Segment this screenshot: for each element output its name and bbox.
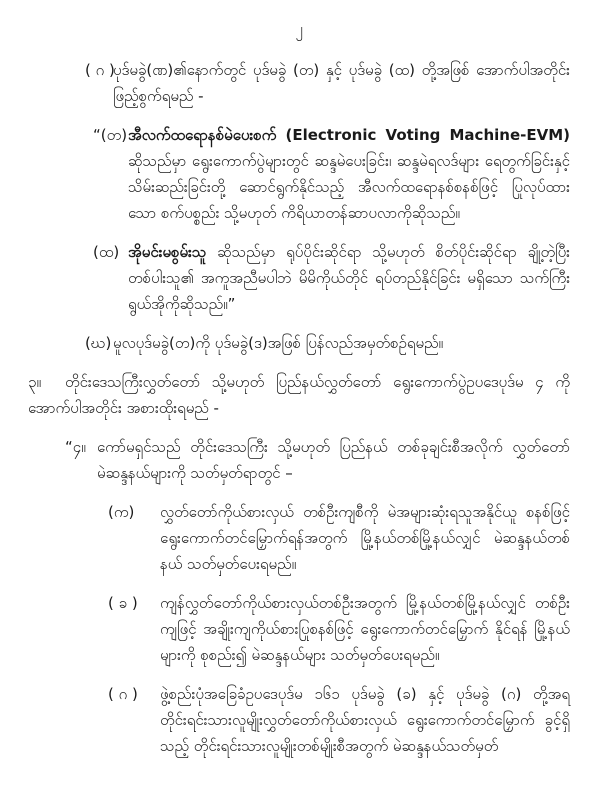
list-item-hta: (ထ) အိုမင်းမစွမ်းသူ ဆိုသည်မှာ ရုပ်ပိုင်း… — [93, 239, 570, 317]
paragraph-3-number: ၃။ — [28, 369, 65, 395]
item-label-kha: ( ခ ) — [108, 590, 160, 616]
item-label-ta: “(တ) — [93, 122, 128, 148]
quoted-paragraph-4: “၄။ ကော်မရှင်သည် တိုင်းဒေသကြီး သို့မဟုတ်… — [65, 434, 570, 486]
item-label-ga: ( ဂ ) — [85, 57, 113, 83]
item-text-ga: ပုဒ်မခွဲ(ဏ)၏နောက်တွင် ပုဒ်မခွဲ (တ) နှင့်… — [113, 57, 570, 109]
list-item-ga: ( ဂ ) ပုဒ်မခွဲ(ဏ)၏နောက်တွင် ပုဒ်မခွဲ (တ)… — [85, 57, 570, 109]
item-text-gha: မူလပုဒ်မခွဲ(တ)ကို ပုဒ်မခွဲ(ဒ)အဖြစ် ပြန်လ… — [113, 330, 570, 356]
list-item-ka: (က) လွှတ်တော်ကိုယ်စားလှယ် တစ်ဦးကျစီကို မ… — [108, 499, 570, 577]
item-text-ka: လွှတ်တော်ကိုယ်စားလှယ် တစ်ဦးကျစီကို မဲအမျ… — [160, 499, 570, 577]
page-number: ၂ — [28, 16, 570, 42]
definition-body-evm: ဆိုသည်မှာ ရွေးကောက်ပွဲများတွင် ဆန္ဒမဲပေး… — [128, 152, 570, 222]
paragraph-4-text: ကော်မရှင်သည် တိုင်းဒေသကြီး သို့မဟုတ် ပြည… — [97, 434, 570, 486]
list-item-ta: “(တ) အီလက်ထရောနစ်မဲပေးစက် (Electronic Vo… — [93, 122, 570, 226]
item-label-ka: (က) — [108, 499, 160, 525]
item-label-hta: (ထ) — [93, 239, 128, 265]
item-text-ga2: ဖွဲ့စည်းပုံအခြေခံဥပဒေပုဒ်မ ၁၆၁ ပုဒ်မခွဲ … — [160, 681, 570, 759]
item-label-ga2: ( ဂ ) — [108, 681, 160, 707]
item-text-kha: ကျန်လွှတ်တော်ကိုယ်စားလှယ်တစ်ဦးအတွက် မြို… — [160, 590, 570, 668]
list-item-gha: (ဃ) မူလပုဒ်မခွဲ(တ)ကို ပုဒ်မခွဲ(ဒ)အဖြစ် ပ… — [85, 330, 570, 356]
defined-term-elderly: အိုမင်းမစွမ်းသူ — [128, 243, 206, 261]
list-item-ga2: ( ဂ ) ဖွဲ့စည်းပုံအခြေခံဥပဒေပုဒ်မ ၁၆၁ ပုဒ… — [108, 681, 570, 759]
paragraph-3-text: တိုင်းဒေသကြီးလွှတ်တော် သို့မဟုတ် ပြည်နယ်… — [28, 373, 570, 417]
item-text-hta: အိုမင်းမစွမ်းသူ ဆိုသည်မှာ ရုပ်ပိုင်းဆိုင… — [128, 239, 570, 317]
paragraph-4-number: “၄။ — [65, 434, 97, 460]
document-page: ၂ ( ဂ ) ပုဒ်မခွဲ(ဏ)၏နောက်တွင် ပုဒ်မခွဲ (… — [0, 0, 599, 810]
paragraph-3: ၃။တိုင်းဒေသကြီးလွှတ်တော် သို့မဟုတ် ပြည်န… — [28, 369, 570, 421]
item-text-ta: အီလက်ထရောနစ်မဲပေးစက် (Electronic Voting … — [128, 122, 570, 226]
item-label-gha: (ဃ) — [85, 330, 113, 356]
defined-term-evm: အီလက်ထရောနစ်မဲပေးစက် (Electronic Voting … — [128, 126, 570, 144]
list-item-kha: ( ခ ) ကျန်လွှတ်တော်ကိုယ်စားလှယ်တစ်ဦးအတွက… — [108, 590, 570, 668]
